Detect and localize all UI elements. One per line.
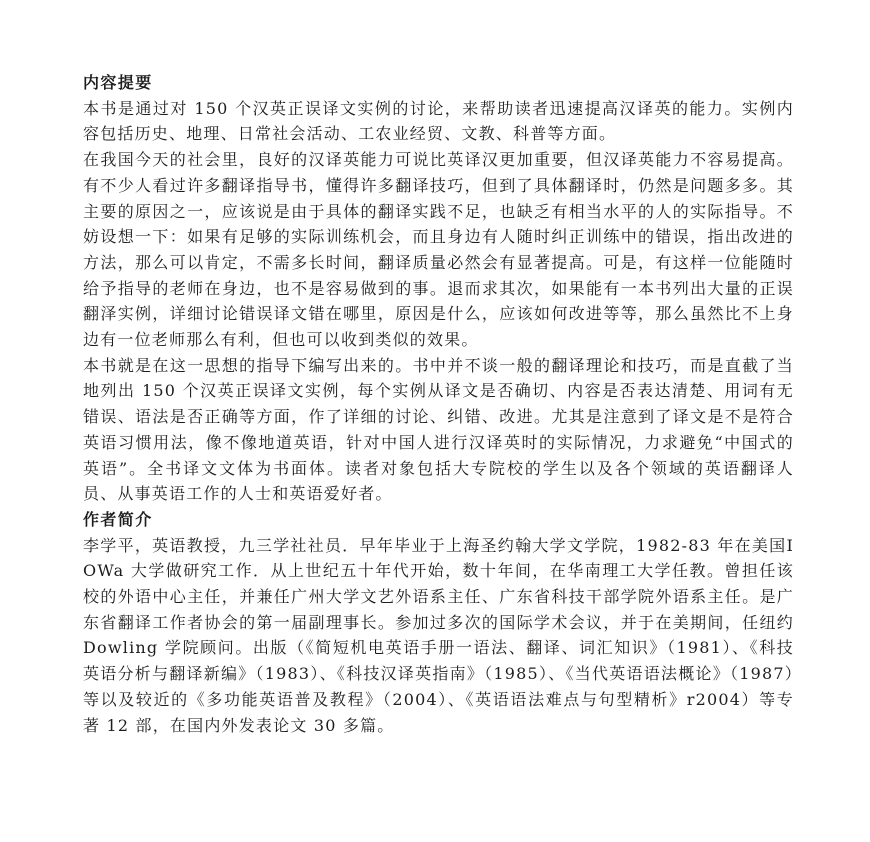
content-summary-heading: 内容提要 xyxy=(83,70,794,96)
content-summary-paragraph-1: 本书是通过对 150 个汉英正误译文实例的讨论，来帮助读者迅速提高汉译英的能力。… xyxy=(83,96,794,147)
content-summary-paragraph-3: 本书就是在这一思想的指导下编写出来的。书中并不谈一般的翻译理论和技巧，而是直截了… xyxy=(83,353,794,507)
author-bio-heading: 作者简介 xyxy=(83,507,794,533)
document-page: 内容提要 本书是通过对 150 个汉英正误译文实例的讨论，来帮助读者迅速提高汉译… xyxy=(0,0,870,842)
content-summary-paragraph-2: 在我国今天的社会里，良好的汉译英能力可说比英译汉更加重要，但汉译英能力不容易提高… xyxy=(83,147,794,353)
author-bio-paragraph-1: 李学平，英语教授，九三学社社员．早年毕业于上海圣约翰大学文学院，1982-83 … xyxy=(83,533,794,739)
